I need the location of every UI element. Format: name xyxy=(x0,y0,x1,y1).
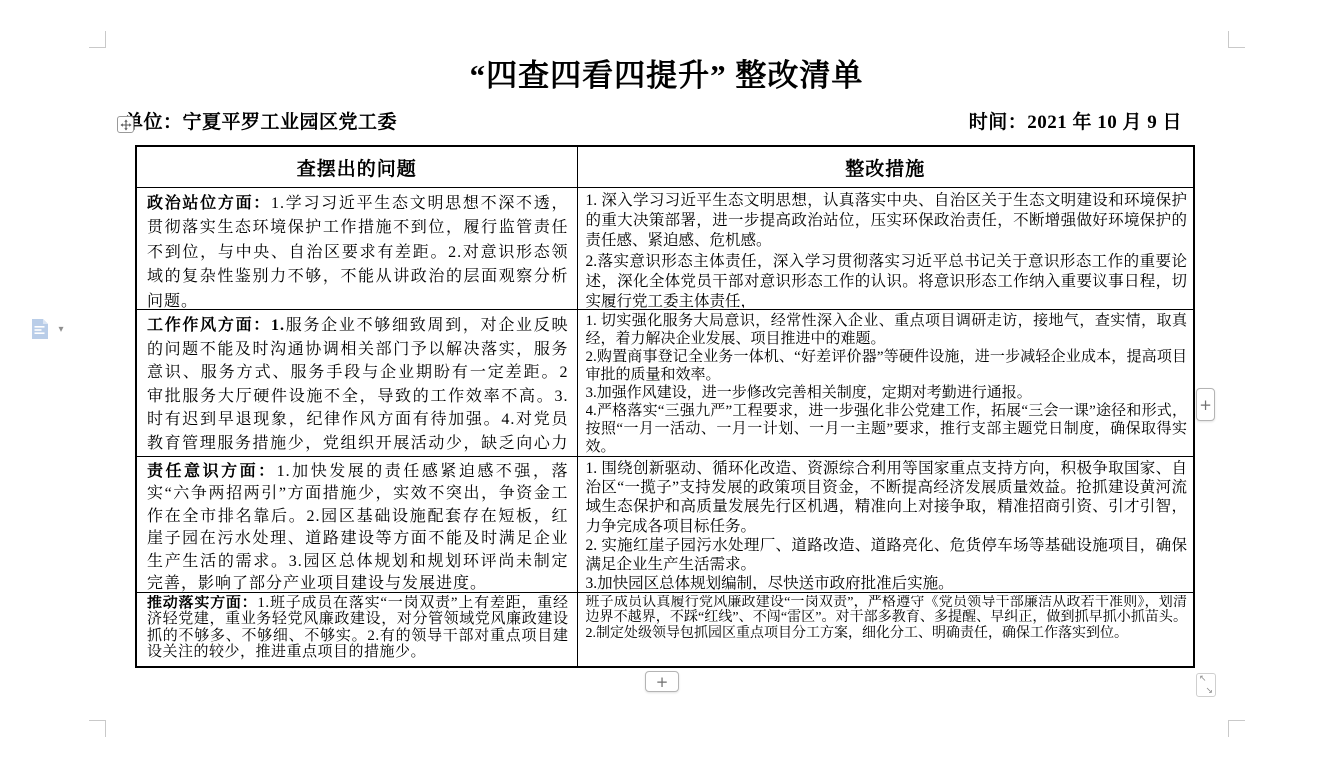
table-resize-handle[interactable]: ↖ ↘ xyxy=(1196,673,1216,697)
dropdown-arrow-icon[interactable]: ▾ xyxy=(55,324,67,336)
measure-item: 2.购置商事登记全业务一体机、“好差评价器”等硬件设施，进一步减轻企业成本，提高… xyxy=(586,348,1188,384)
page-corner-mark-bottom-left xyxy=(89,720,106,737)
column-header-measures[interactable]: 整改措施 xyxy=(577,146,1194,188)
cell-measures-work-style[interactable]: 1. 切实强化服务大局意识，经常性深入企业、重点项目调研走访，接地气，查实情，取… xyxy=(577,310,1194,457)
page-corner-mark-top-right xyxy=(1228,31,1245,48)
problem-text: 1.学习习近平生态文明思想不深不透，贯彻落实生态环境保护工作措施不到位，履行监管… xyxy=(147,195,569,309)
column-header-problems[interactable]: 查摆出的问题 xyxy=(136,146,577,188)
table-move-handle[interactable] xyxy=(117,116,134,133)
rectification-table: 查摆出的问题 整改措施 政治站位方面：1.学习习近平生态文明思想不深不透，贯彻落… xyxy=(135,145,1195,668)
cell-problem-responsibility[interactable]: 责任意识方面：1.加快发展的责任感紧迫感不强，落实“六争两招两引”方面措施少，实… xyxy=(136,457,577,593)
measure-item: 4.严格落实“三强九严”工程要求，进一步强化非公党建工作，拓展“三会一课”途径和… xyxy=(586,402,1188,454)
page-corner-mark-top-left xyxy=(89,31,106,48)
move-icon xyxy=(120,119,132,131)
measure-item: 3.加强作风建设，进一步修改完善相关制度，定期对考勤进行通报。 xyxy=(586,384,1188,402)
table-row: 推动落实方面：1.班子成员在落实“一岗双责”上有差距，重经济轻党建，重业务轻党风… xyxy=(136,593,1194,668)
document-icon-glyph xyxy=(31,318,49,340)
measure-item: 1. 深入学习习近平生态文明思想，认真落实中央、自治区关于生态文明建设和环境保护… xyxy=(586,191,1188,252)
document-icon[interactable] xyxy=(31,318,49,340)
problem-category-label: 政治站位方面： xyxy=(147,195,271,212)
insert-row-button[interactable]: + xyxy=(645,671,679,692)
unit-label: 单位：宁夏平罗工业园区党工委 xyxy=(124,107,397,134)
measure-item: 1. 围绕创新驱动、循环化改造、资源综合利用等国家重点支持方向，积极争取国家、自… xyxy=(586,459,1188,536)
table-row: 责任意识方面：1.加快发展的责任感紧迫感不强，落实“六争两招两引”方面措施少，实… xyxy=(136,457,1194,593)
page-corner-mark-bottom-right xyxy=(1228,720,1245,737)
cell-measures-implementation[interactable]: 班子成员认真履行党风廉政建设“一岗双责”，严格遵守《党员领导干部廉洁从政若干准则… xyxy=(577,593,1194,668)
table-row: 工作作风方面：1.服务企业不够细致周到，对企业反映的问题不能及时沟通协调相关部门… xyxy=(136,310,1194,457)
measure-item: 3.加快园区总体规划编制，尽快送市政府批准后实施。 xyxy=(586,574,1188,590)
cell-measures-political-stance[interactable]: 1. 深入学习习近平生态文明思想，认真落实中央、自治区关于生态文明建设和环境保护… xyxy=(577,188,1194,310)
problem-category-label: 责任意识方面： xyxy=(147,463,277,480)
insert-column-button[interactable]: + xyxy=(1196,388,1215,421)
cell-measures-responsibility[interactable]: 1. 围绕创新驱动、循环化改造、资源综合利用等国家重点支持方向，积极争取国家、自… xyxy=(577,457,1194,593)
cell-problem-work-style[interactable]: 工作作风方面：1.服务企业不够细致周到，对企业反映的问题不能及时沟通协调相关部门… xyxy=(136,310,577,457)
resize-nw-icon: ↖ xyxy=(1199,674,1207,684)
date-label: 时间：2021 年 10 月 9 日 xyxy=(969,107,1182,134)
problem-category-label: 推动落实方面： xyxy=(147,595,257,611)
document-title: “四查四看四提升” 整改清单 xyxy=(0,50,1333,95)
measure-item: 2. 实施红崖子园污水处理厂、道路改造、道路亮化、危货停车场等基础设施项目，确保… xyxy=(586,536,1188,574)
resize-se-icon: ↘ xyxy=(1205,686,1213,696)
cell-problem-implementation[interactable]: 推动落实方面：1.班子成员在落实“一岗双责”上有差距，重经济轻党建，重业务轻党风… xyxy=(136,593,577,668)
measure-item: 1. 切实强化服务大局意识，经常性深入企业、重点项目调研走访，接地气，查实情，取… xyxy=(586,312,1188,348)
table-row: 政治站位方面：1.学习习近平生态文明思想不深不透，贯彻落实生态环境保护工作措施不… xyxy=(136,188,1194,310)
cell-problem-political-stance[interactable]: 政治站位方面：1.学习习近平生态文明思想不深不透，贯彻落实生态环境保护工作措施不… xyxy=(136,188,577,310)
measure-item: 班子成员认真履行党风廉政建设“一岗双责”，严格遵守《党员领导干部廉洁从政若干准则… xyxy=(586,595,1188,641)
problem-text: 1.加快发展的责任感紧迫感不强，落实“六争两招两引”方面措施少，实效不突出，争资… xyxy=(147,463,569,592)
problem-text: 服务企业不够细致周到，对企业反映的问题不能及时沟通协调相关部门予以解决落实，服务… xyxy=(147,317,569,456)
meta-line: 单位：宁夏平罗工业园区党工委 时间：2021 年 10 月 9 日 xyxy=(124,107,1182,134)
table-header-row: 查摆出的问题 整改措施 xyxy=(136,146,1194,188)
measure-item: 2.落实意识形态主体责任，深入学习贯彻落实习近平总书记关于意识形态工作的重要论述… xyxy=(586,252,1188,308)
problem-category-label: 工作作风方面：1. xyxy=(147,317,285,334)
